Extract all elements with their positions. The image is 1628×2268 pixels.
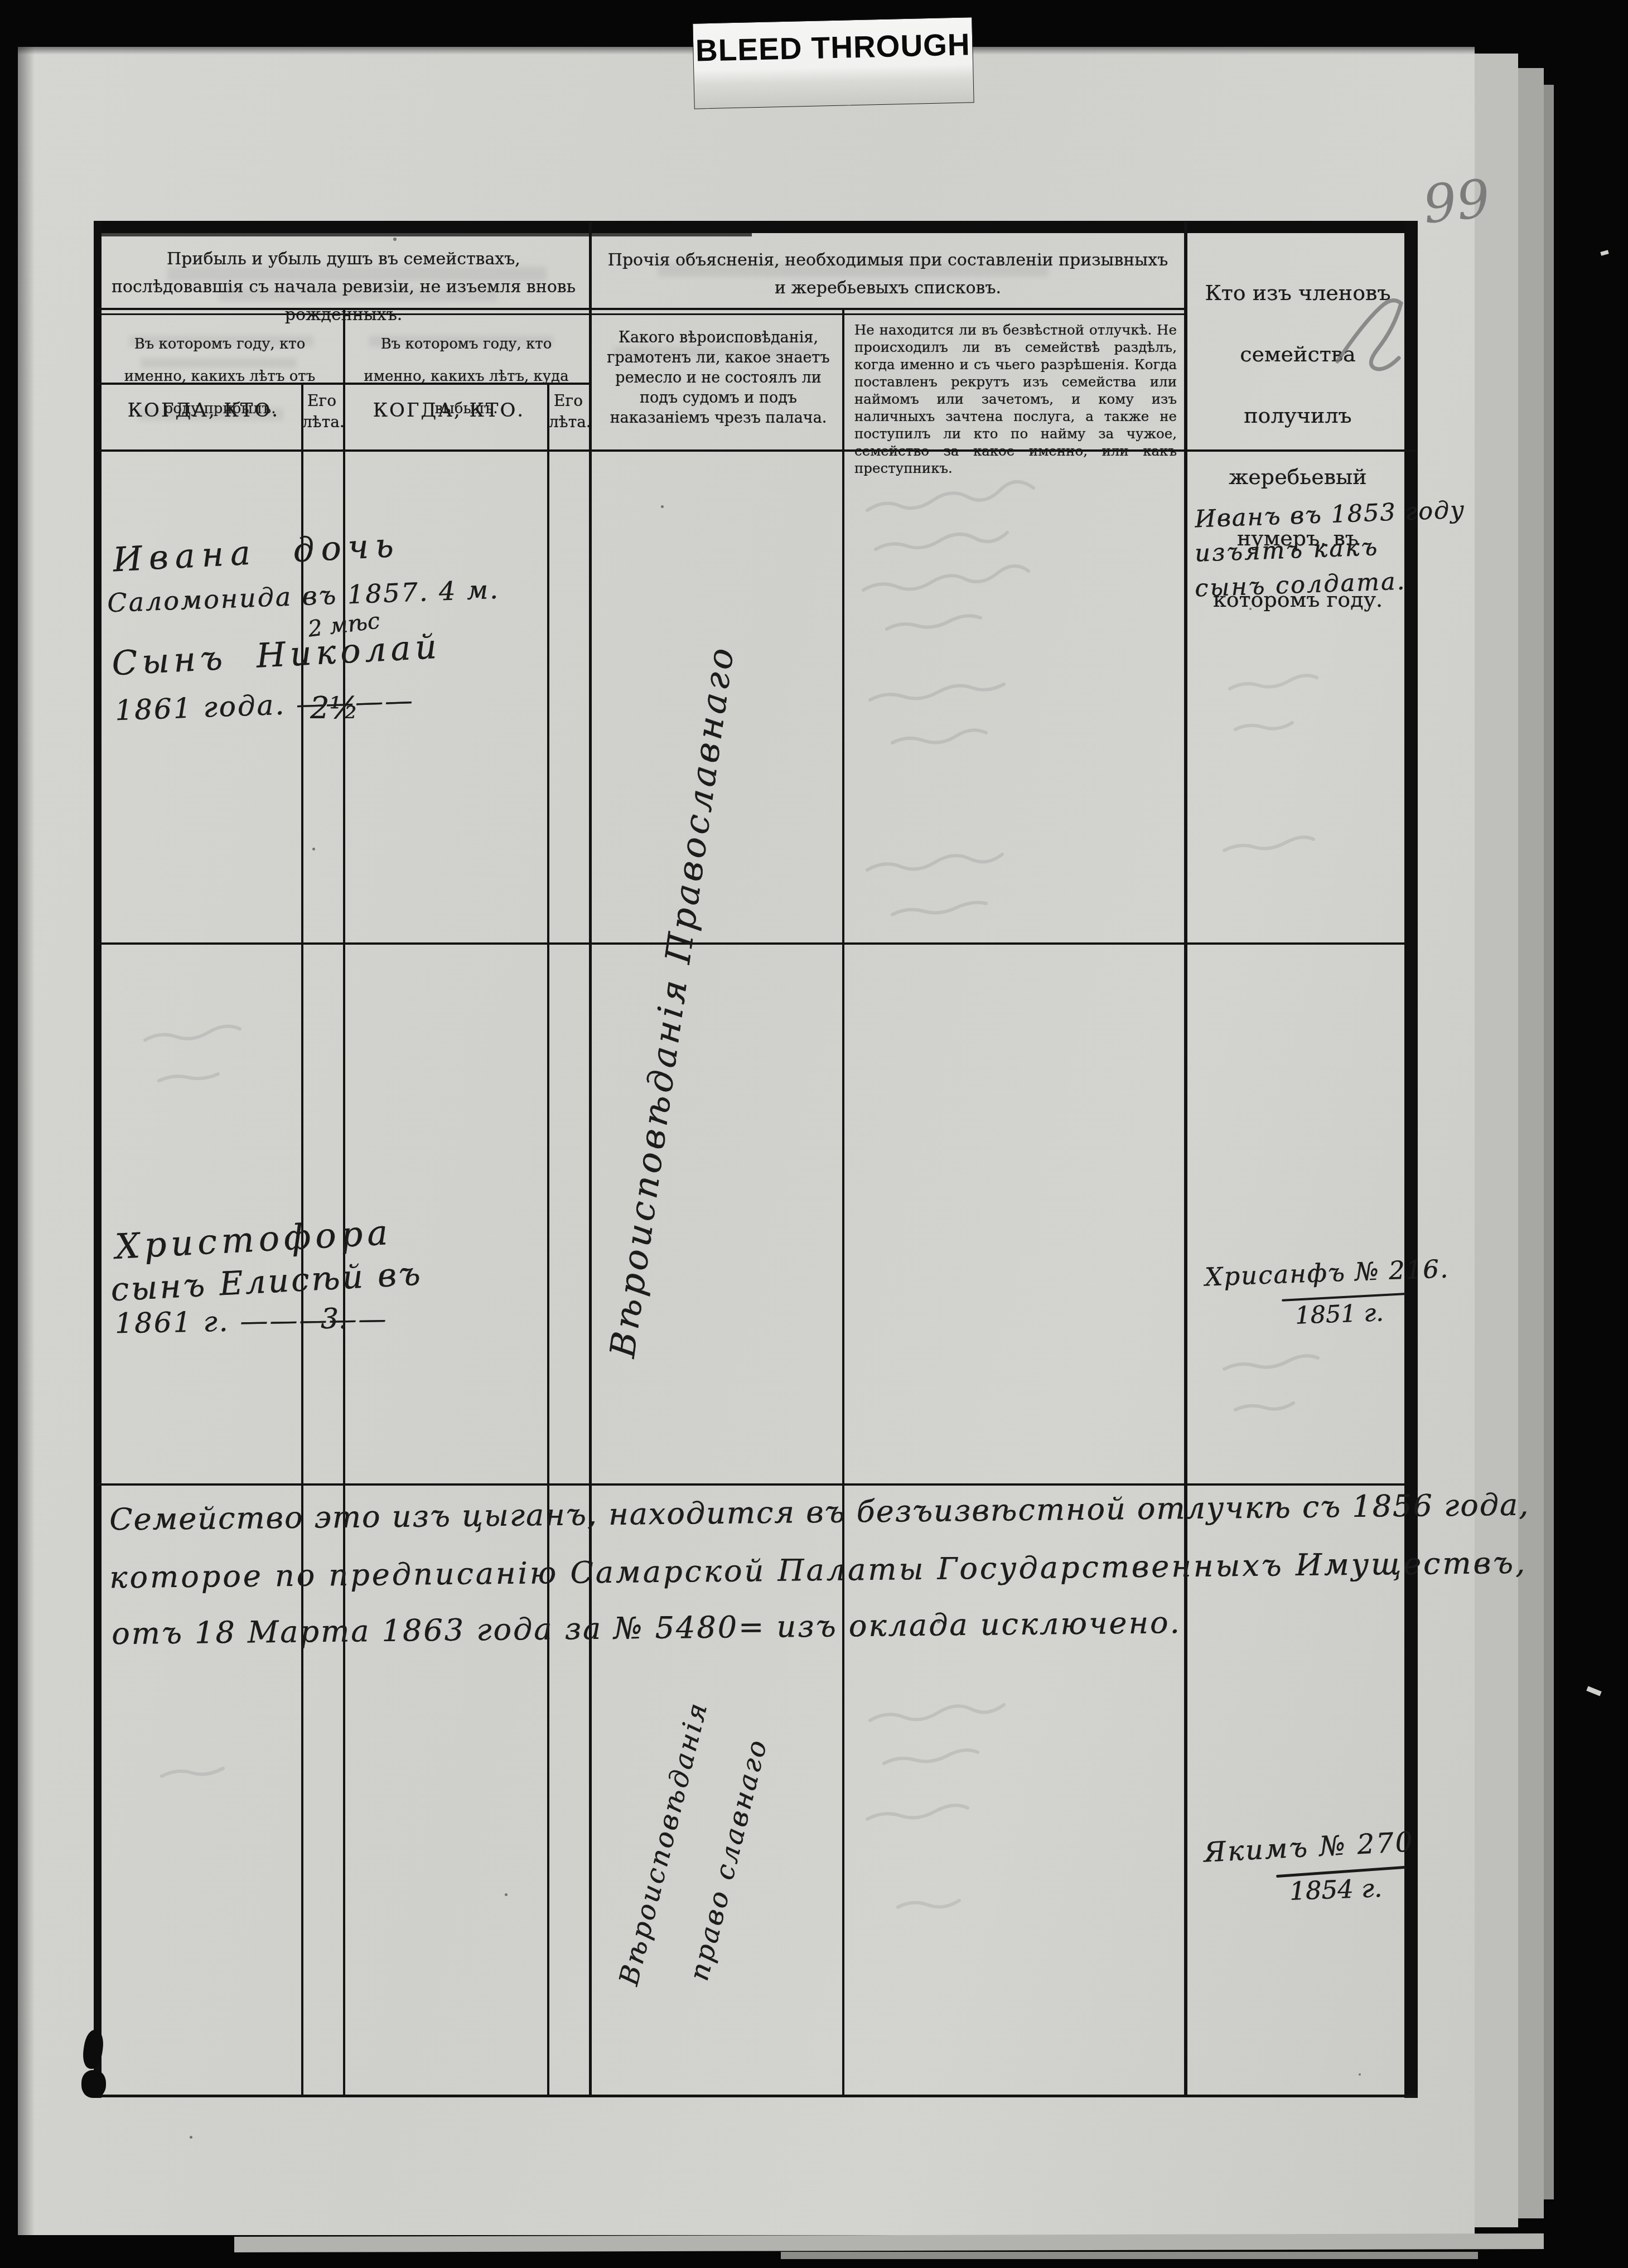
pencil-flourish [0, 0, 1628, 2268]
bleed-through-banner-card: BLEED THROUGH [692, 17, 974, 109]
scanned-revision-list-page: Прибыль и убыль душъ въ семействахъ, пос… [0, 0, 1628, 2268]
bleed-through-banner-label: BLEED THROUGH [695, 26, 970, 68]
